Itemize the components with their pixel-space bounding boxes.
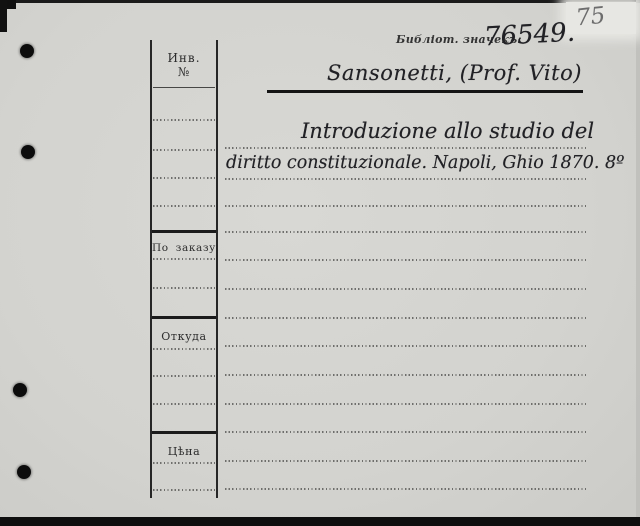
inventory-number-header: Инв. № xyxy=(152,51,216,79)
writing-rule xyxy=(225,147,586,149)
scan-edge-top xyxy=(0,0,640,3)
column-rule xyxy=(153,119,215,121)
writing-rule xyxy=(225,178,586,180)
writing-rule xyxy=(225,431,586,433)
scan-edge-right xyxy=(636,0,640,517)
writing-rule xyxy=(225,345,586,347)
punch-hole xyxy=(17,465,31,479)
scan-edge-bottom xyxy=(0,517,640,526)
origin-section-label: Откуда xyxy=(152,330,216,343)
column-rule xyxy=(153,375,215,377)
column-rule xyxy=(153,177,215,179)
author-underline xyxy=(267,90,583,93)
inventory-header-line2: № xyxy=(152,65,216,79)
page-number-pencil: 75 xyxy=(575,3,607,32)
writing-rule xyxy=(225,288,586,290)
column-rule xyxy=(153,348,215,350)
writing-rule xyxy=(225,460,586,462)
column-section-divider xyxy=(152,230,216,233)
price-section-label: Цѣна xyxy=(152,445,216,458)
inventory-header-line1: Инв. xyxy=(152,51,216,65)
punch-hole xyxy=(21,145,35,159)
writing-rule xyxy=(225,317,586,319)
punch-hole xyxy=(20,44,34,58)
writing-rule xyxy=(225,488,586,490)
title-line-1: Introduzione allo studio del xyxy=(301,119,594,143)
writing-rule xyxy=(225,403,586,405)
column-rule xyxy=(153,403,215,405)
column-rule xyxy=(153,258,215,260)
writing-rule xyxy=(225,259,586,261)
column-rule xyxy=(153,287,215,289)
column-section-divider xyxy=(152,316,216,319)
order-section-label: По заказу xyxy=(152,242,216,254)
author-line: Sansonetti, (Prof. Vito) xyxy=(327,61,582,85)
column-rule xyxy=(153,489,215,491)
accession-number: 76549. xyxy=(483,18,575,53)
punch-hole xyxy=(13,383,27,397)
form-column-border-right xyxy=(216,40,218,498)
column-rule xyxy=(153,462,215,464)
writing-rule xyxy=(225,374,586,376)
column-section-divider xyxy=(152,431,216,434)
column-rule xyxy=(153,205,215,207)
column-rule xyxy=(153,87,215,88)
writing-rule xyxy=(225,231,586,233)
library-catalog-card: 75 Инв. № По заказу Откуда Цѣна Библіот.… xyxy=(0,0,640,526)
form-column-border-left xyxy=(150,40,152,498)
title-line-2: diritto constituzionale. Napoli, Ghio 18… xyxy=(226,153,624,173)
writing-rule xyxy=(225,205,586,207)
scan-edge-left xyxy=(0,0,7,32)
column-rule xyxy=(153,149,215,151)
